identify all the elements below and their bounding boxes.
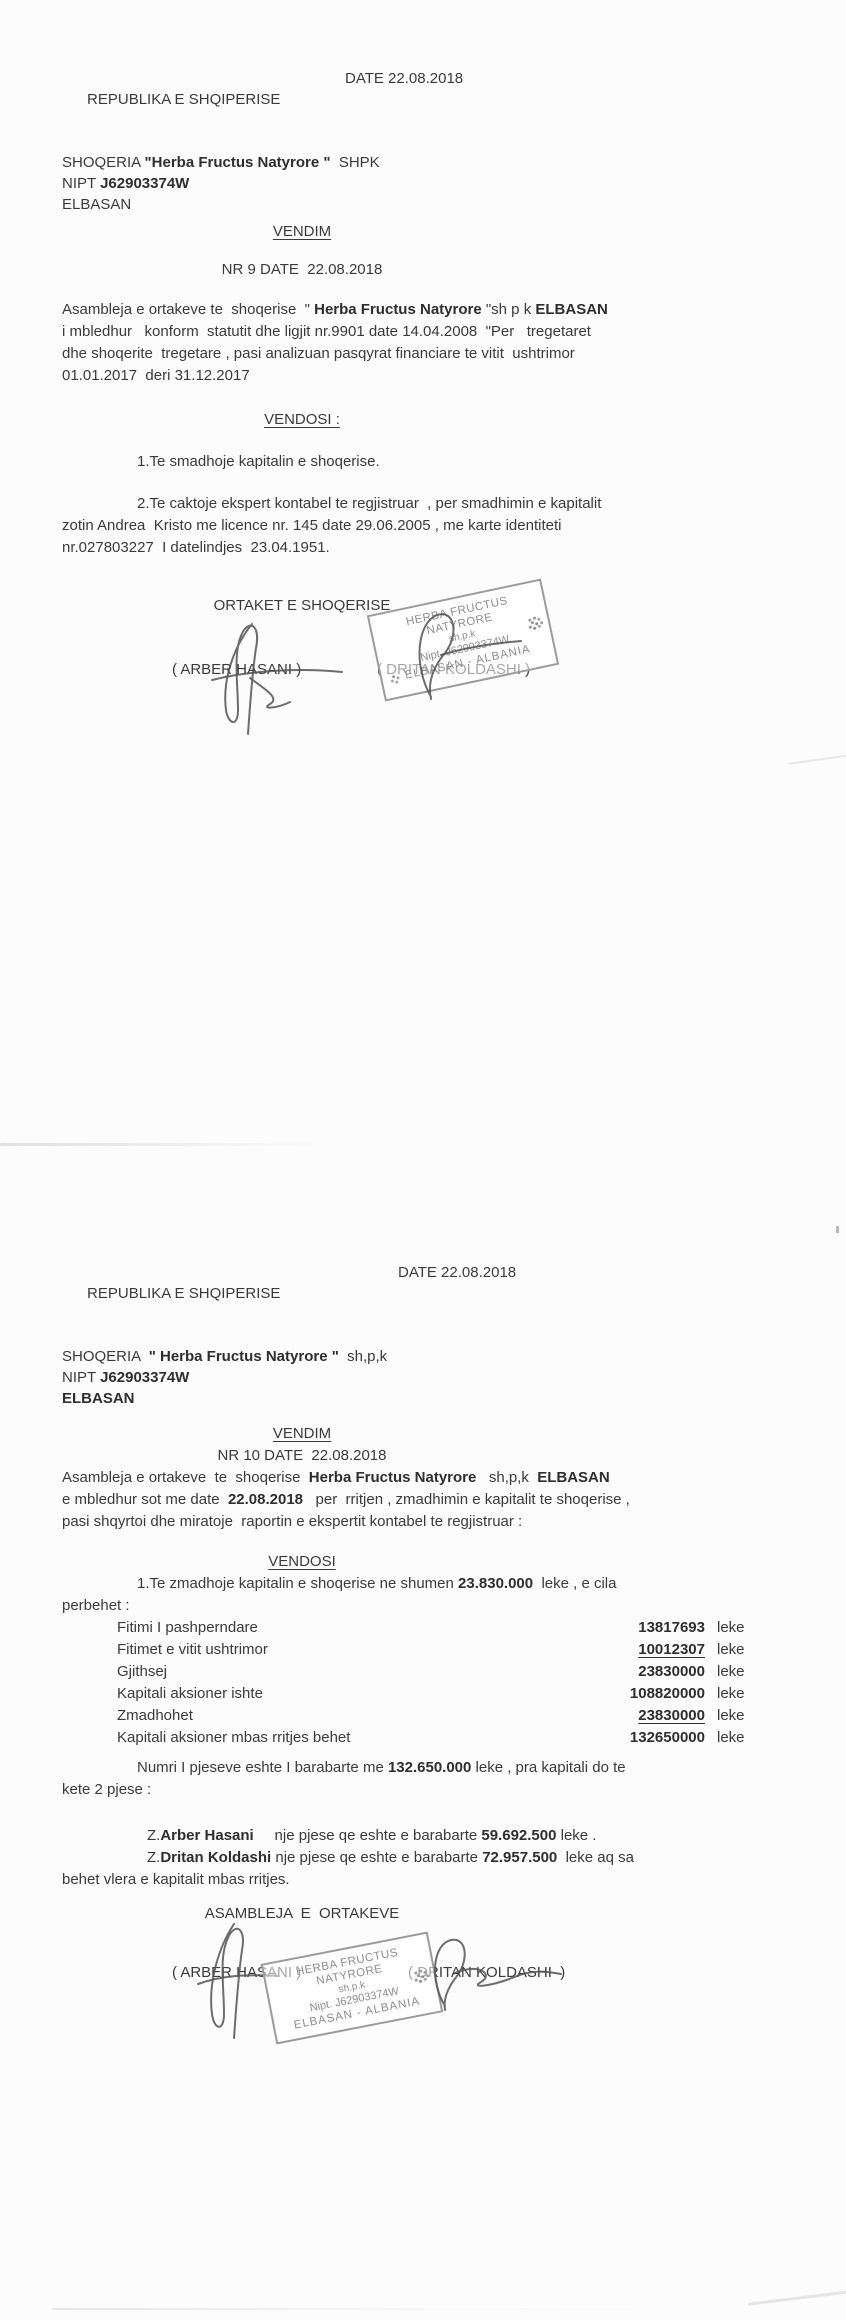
scanned-document-page: REPUBLIKA E SHQIPERISE DATE 22.08.2018 S… <box>0 0 846 2320</box>
document-date: DATE 22.08.2018 <box>345 68 463 89</box>
vendosi-heading: VENDOSI <box>62 1551 542 1573</box>
share-dritan-paragraph: Z.Dritan Koldashi nje pjese qe eshte e b… <box>62 1847 754 1891</box>
document-title: VENDIM <box>62 1423 542 1445</box>
table-row: Gjithsej23830000leke <box>62 1661 775 1683</box>
company-stamp: HERBA FRUCTUS NATYRORE sh.p.k Nipt. J629… <box>261 1932 444 2045</box>
pieces-paragraph: Numri I pjeseve eshte I barabarte me 132… <box>62 1757 754 1801</box>
header-company-line: SHOQERIA "Herba Fructus Natyrore " SHPK <box>62 152 754 173</box>
row-unit: leke <box>717 1683 775 1705</box>
row-unit: leke <box>717 1617 775 1639</box>
share-arber-paragraph: Z.Arber Hasani nje pjese qe eshte e bara… <box>62 1825 754 1847</box>
row-value: 10012307 <box>600 1639 705 1661</box>
republic-text: REPUBLIKA E SHQIPERISE <box>87 91 280 108</box>
row-label: Fitimet e vitit ushtrimor <box>117 1639 600 1661</box>
table-row: Zmadhohet23830000leke <box>62 1705 775 1727</box>
header-republic-line: REPUBLIKA E SHQIPERISE DATE 22.08.2018 <box>62 68 754 152</box>
document-date: DATE 22.08.2018 <box>398 1262 516 1283</box>
decision-number-line: NR 10 DATE 22.08.2018 <box>62 1445 542 1467</box>
row-value: 132650000 <box>600 1727 705 1749</box>
republic-text: REPUBLIKA E SHQIPERISE <box>87 1285 280 1302</box>
scan-shadow-bottom <box>52 2308 702 2310</box>
row-value: 23830000 <box>600 1705 705 1727</box>
intro-paragraph: Asambleja e ortakeve te shoqerise " Herb… <box>62 299 754 387</box>
row-unit: leke <box>717 1639 775 1661</box>
row-unit: leke <box>717 1705 775 1727</box>
row-value: 13817693 <box>600 1617 705 1639</box>
row-label: Kapitali aksioner mbas rritjes behet <box>117 1727 600 1749</box>
row-value: 23830000 <box>600 1661 705 1683</box>
table-row: Kapitali aksioner ishte108820000leke <box>62 1683 775 1705</box>
header-city-line: ELBASAN <box>62 1388 754 1409</box>
document-title: VENDIM <box>62 221 542 243</box>
header-company-line: SHOQERIA " Herba Fructus Natyrore " sh,p… <box>62 1346 754 1367</box>
header-republic-line: REPUBLIKA E SHQIPERISE DATE 22.08.2018 <box>62 1262 754 1346</box>
capital-table: Kapitali aksioner ishte108820000lekeZmad… <box>62 1683 754 1749</box>
decision-number-line: NR 9 DATE 22.08.2018 <box>62 259 542 281</box>
decision-item-1: 1.Te smadhoje kapitalin e shoqerise. <box>62 451 754 473</box>
row-label: Zmadhohet <box>117 1705 600 1727</box>
scan-smudge-bottom-right <box>748 2289 846 2305</box>
vendosi-heading: VENDOSI : <box>62 409 542 431</box>
header-nipt-line: NIPT J62903374W <box>62 1367 754 1388</box>
assembly-heading: ASAMBLEJA E ORTAKEVE <box>62 1903 542 1925</box>
row-unit: leke <box>717 1661 775 1683</box>
decision-item-2: 2.Te caktoje ekspert kontabel te regjist… <box>62 493 754 559</box>
signature-arber-hasani <box>192 618 352 743</box>
decision-nr9: REPUBLIKA E SHQIPERISE DATE 22.08.2018 S… <box>62 68 754 681</box>
profit-table: Fitimi I pashperndare13817693lekeFitimet… <box>62 1617 754 1683</box>
decision-nr10: REPUBLIKA E SHQIPERISE DATE 22.08.2018 S… <box>62 1262 754 1984</box>
header-nipt-line: NIPT J62903374W <box>62 173 754 194</box>
table-row: Kapitali aksioner mbas rritjes behet1326… <box>62 1727 775 1749</box>
signature-dritan-koldashi <box>397 605 527 705</box>
row-label: Kapitali aksioner ishte <box>117 1683 600 1705</box>
table-row: Fitimet e vitit ushtrimor10012307leke <box>62 1639 775 1661</box>
row-unit: leke <box>717 1727 775 1749</box>
row-label: Fitimi I pashperndare <box>117 1617 600 1639</box>
decision-item-1: 1.Te zmadhoje kapitalin e shoqerise ne s… <box>62 1573 754 1617</box>
intro-paragraph: Asambleja e ortakeve te shoqerise Herba … <box>62 1467 754 1533</box>
table-row: Fitimi I pashperndare13817693leke <box>62 1617 775 1639</box>
row-value: 108820000 <box>600 1683 705 1705</box>
signature-dritan-koldashi <box>417 1934 567 2019</box>
scan-speck <box>836 1226 839 1233</box>
row-label: Gjithsej <box>117 1661 600 1683</box>
scan-smudge <box>788 753 846 765</box>
scan-shadow-line <box>0 1143 330 1146</box>
header-city-line: ELBASAN <box>62 194 754 215</box>
